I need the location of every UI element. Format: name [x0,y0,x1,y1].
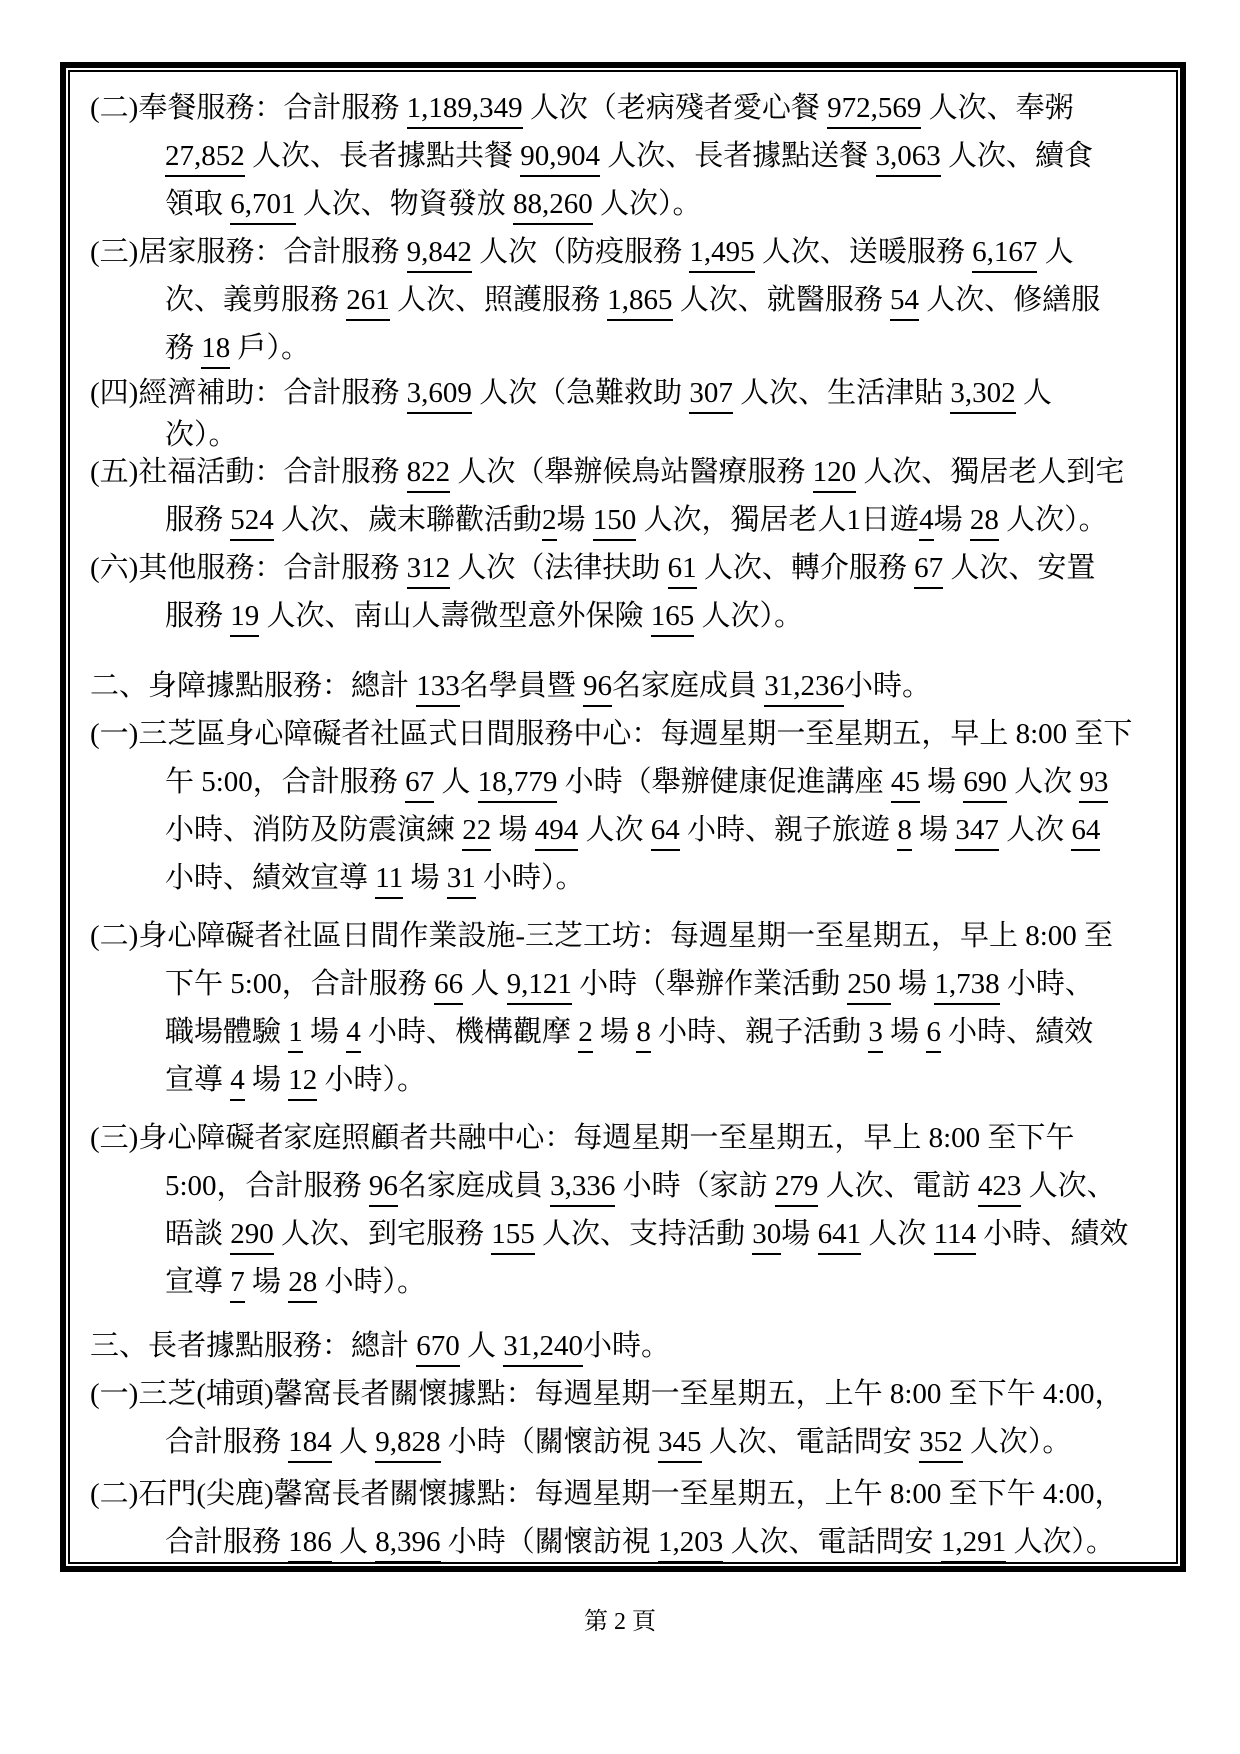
underlined-value: 11 [375,862,403,899]
text-segment: 小時）。 [317,1266,426,1298]
underlined-value: 2 [542,504,557,541]
text-segment: 領取 [165,188,230,220]
document-border-inner-line: (二)奉餐服務：合計服務 1,189,349 人次（老病殘者愛心餐 972,56… [68,70,1178,1564]
text-segment: 下午 5:00，合計服務 [165,968,434,1000]
text-segment: 名學員暨 [460,670,583,702]
underlined-value: 6,701 [230,188,295,225]
underlined-value: 64 [1071,814,1100,851]
underlined-value: 9,842 [407,236,472,273]
text-segment: 人次、 [1021,1170,1115,1202]
text-segment: 戶）。 [230,332,310,364]
text-segment: 名家庭成員 [398,1170,550,1202]
text-segment: 人 [463,968,507,1000]
underlined-value: 6 [926,1016,941,1053]
text-segment: 人次（防疫服務 [472,236,690,268]
text-segment: 場 [891,968,935,1000]
text-segment: 人次（急難救助 [472,377,690,409]
list-item-paragraph: (五)社福活動：合計服務 822 人次（舉辦候鳥站醫療服務 120 人次、獨居老… [70,448,1176,544]
underlined-value: 184 [288,1426,332,1463]
underlined-value: 155 [491,1218,535,1255]
list-item-paragraph: (一)三芝(埔頭)馨窩長者關懷據點：每週星期一至星期五，上午 8:00 至下午 … [70,1370,1176,1466]
section-heading: 三、長者據點服務：總計 670 人 31,240小時。 [70,1322,1176,1370]
list-item-paragraph: (三)居家服務：合計服務 9,842 人次（防疫服務 1,495 人次、送暖服務… [70,228,1176,372]
text-line: 小時、績效宣導 11 場 31 小時）。 [165,854,1176,902]
list-item-paragraph: (四)經濟補助：合計服務 3,609 人次（急難救助 307 人次、生活津貼 3… [70,372,1176,456]
text-segment: (四)經濟補助：合計服務 [90,377,407,409]
text-segment: 宣導 [165,1266,230,1298]
underlined-value: 423 [978,1170,1022,1207]
text-line: 三、長者據點服務：總計 670 人 31,240小時。 [90,1322,1176,1370]
text-segment: 場 [912,814,956,846]
underlined-value: 31 [447,862,476,899]
text-segment: 名家庭成員 [612,670,764,702]
text-line: 服務 524 人次、歲末聯歡活動2場 150 人次，獨居老人1日遊4場 28 人… [165,496,1176,544]
text-segment: 小時（關懷訪視 [441,1526,659,1558]
section-heading: 二、身障據點服務：總計 133名學員暨 96名家庭成員 31,236小時。 [70,662,1176,710]
text-segment: 人次、續食 [941,140,1093,172]
underlined-value: 312 [407,552,451,589]
underlined-value: 670 [416,1330,460,1367]
underlined-value: 28 [288,1266,317,1303]
text-segment: (二)石門(尖鹿)馨窩長者關懷據點：每週星期一至星期五，上午 8:00 至下午 … [90,1478,1124,1510]
text-segment: (六)其他服務：合計服務 [90,552,407,584]
list-item-paragraph: (二)奉餐服務：合計服務 1,189,349 人次（老病殘者愛心餐 972,56… [70,84,1176,228]
underlined-value: 1,189,349 [407,92,523,129]
text-segment: 小時、消防及防震演練 [165,814,462,846]
underlined-value: 1,291 [941,1526,1006,1562]
underlined-value: 31,240 [503,1330,583,1367]
text-segment: 場 [593,1016,637,1048]
text-segment: 場 [303,1016,347,1048]
underlined-value: 3,609 [407,377,472,414]
page-number: 第 2 頁 [0,1606,1240,1638]
underlined-value: 120 [813,456,857,493]
underlined-value: 8 [636,1016,651,1053]
text-segment: 次）。 [165,419,238,451]
text-segment: 人次）。 [1006,1526,1115,1558]
underlined-value: 27,852 [165,140,245,177]
underlined-value: 307 [689,377,733,414]
text-segment: 小時。 [844,670,931,702]
list-item-paragraph: (一)三芝區身心障礙者社區式日間服務中心：每週星期一至星期五，早上 8:00 至… [70,710,1176,902]
underlined-value: 347 [955,814,999,851]
underlined-value: 3 [868,1016,883,1053]
text-segment: 小時、機構觀摩 [361,1016,579,1048]
text-segment: 場 [245,1064,289,1096]
text-line: (二)身心障礙者社區日間作業設施-三芝工坊：每週星期一至星期五，早上 8:00 … [90,912,1176,960]
text-line: 小時、消防及防震演練 22 場 494 人次 64 小時、親子旅遊 8 場 34… [165,806,1176,854]
underlined-value: 6,167 [972,236,1037,273]
text-segment: 人次）。 [694,600,803,632]
text-line: 務 18 戶）。 [165,324,1176,372]
text-segment: 小時（舉辦作業活動 [572,968,848,1000]
underlined-value: 1,495 [689,236,754,273]
underlined-value: 18,779 [478,766,558,803]
underlined-value: 641 [818,1218,862,1255]
text-segment: 合計服務 [165,1526,288,1558]
underlined-value: 31,236 [764,670,844,707]
underlined-value: 90,904 [520,140,600,177]
text-segment: (二)奉餐服務：合計服務 [90,92,407,124]
text-line: 5:00，合計服務 96名家庭成員 3,336 小時（家訪 279 人次、電訪 … [165,1162,1176,1210]
underlined-value: 1,865 [607,284,672,321]
text-line: 午 5:00，合計服務 67 人 18,779 小時（舉辦健康促進講座 45 場… [165,758,1176,806]
text-segment: 次、義剪服務 [165,284,346,316]
underlined-value: 2 [578,1016,593,1053]
text-line: 下午 5:00，合計服務 66 人 9,121 小時（舉辦作業活動 250 場 … [165,960,1176,1008]
text-line: 27,852 人次、長者據點共餐 90,904 人次、長者據點送餐 3,063 … [165,132,1176,180]
text-line: 宣導 4 場 12 小時）。 [165,1056,1176,1104]
list-item-paragraph: (二)石門(尖鹿)馨窩長者關懷據點：每週星期一至星期五，上午 8:00 至下午 … [70,1470,1176,1562]
text-segment: 人次、照護服務 [390,284,608,316]
text-segment: 人次（舉辦候鳥站醫療服務 [450,456,813,488]
underlined-value: 261 [346,284,390,321]
underlined-value: 352 [919,1426,963,1463]
underlined-value: 494 [535,814,579,851]
text-segment: 人 [1016,377,1052,409]
underlined-value: 88,260 [513,188,593,225]
text-segment: 場 [883,1016,927,1048]
text-segment: 人次、安置 [943,552,1095,584]
text-line: (五)社福活動：合計服務 822 人次（舉辦候鳥站醫療服務 120 人次、獨居老… [90,448,1176,496]
underlined-value: 45 [891,766,920,803]
text-line: (二)石門(尖鹿)馨窩長者關懷據點：每週星期一至星期五，上午 8:00 至下午 … [90,1470,1176,1518]
text-segment: 合計服務 [165,1426,288,1458]
text-segment: 二、身障據點服務：總計 [90,670,416,702]
underlined-value: 3,302 [950,377,1015,414]
text-line: 服務 19 人次、南山人壽微型意外保險 165 人次）。 [165,592,1176,640]
underlined-value: 690 [963,766,1007,803]
text-segment: 人次）。 [999,504,1108,536]
text-line: 晤談 290 人次、到宅服務 155 人次、支持活動 30場 641 人次 11… [165,1210,1176,1258]
text-line: 二、身障據點服務：總計 133名學員暨 96名家庭成員 31,236小時。 [90,662,1176,710]
underlined-value: 19 [230,600,259,637]
text-segment: 人次、長者據點共餐 [245,140,521,172]
underlined-value: 250 [847,968,891,1005]
underlined-value: 9,121 [507,968,572,1005]
text-segment: 場 [920,766,964,798]
text-segment: 場 [934,504,970,536]
text-segment: 人次、電話問安 [702,1426,920,1458]
text-segment: 人次 [999,814,1072,846]
underlined-value: 150 [593,504,637,541]
text-line: 次、義剪服務 261 人次、照護服務 1,865 人次、就醫服務 54 人次、修… [165,276,1176,324]
underlined-value: 8,396 [375,1526,440,1562]
text-segment: 人次、物資發放 [296,188,514,220]
underlined-value: 1,738 [934,968,999,1005]
text-segment: 小時、 [1000,968,1094,1000]
text-segment: 人次、長者據點送餐 [600,140,876,172]
text-segment: 人 [332,1426,376,1458]
underlined-value: 114 [934,1218,976,1255]
underlined-value: 4 [346,1016,361,1053]
text-segment: 服務 [165,600,230,632]
underlined-value: 3,336 [550,1170,615,1207]
text-segment: 人次）。 [593,188,702,220]
underlined-value: 96 [369,1170,398,1207]
underlined-value: 61 [668,552,697,589]
text-line: (二)奉餐服務：合計服務 1,189,349 人次（老病殘者愛心餐 972,56… [90,84,1176,132]
underlined-value: 67 [405,766,434,803]
underlined-value: 8 [897,814,912,851]
text-segment: 5:00，合計服務 [165,1170,369,1202]
text-segment: 人 [434,766,478,798]
text-line: 合計服務 184 人 9,828 小時（關懷訪視 345 人次、電話問安 352… [165,1418,1176,1466]
underlined-value: 7 [230,1266,245,1303]
text-segment: 人次 [861,1218,934,1250]
text-line: (三)居家服務：合計服務 9,842 人次（防疫服務 1,495 人次、送暖服務… [90,228,1176,276]
list-item-paragraph: (三)身心障礙者家庭照顧者共融中心：每週星期一至星期五，早上 8:00 至下午5… [70,1114,1176,1306]
text-segment: 人 [332,1526,376,1558]
underlined-value: 4 [919,504,934,541]
text-segment: (三)居家服務：合計服務 [90,236,407,268]
underlined-value: 66 [434,968,463,1005]
underlined-value: 9,828 [375,1426,440,1463]
text-segment: (二)身心障礙者社區日間作業設施-三芝工坊：每週星期一至星期五，早上 8:00 … [90,920,1113,952]
document-body: (二)奉餐服務：合計服務 1,189,349 人次（老病殘者愛心餐 972,56… [70,72,1176,1562]
text-segment: 小時（家訪 [615,1170,775,1202]
text-segment: 午 5:00，合計服務 [165,766,405,798]
text-segment: 小時、親子旅遊 [680,814,898,846]
underlined-value: 54 [890,284,919,321]
text-line: 宣導 7 場 28 小時）。 [165,1258,1176,1306]
text-segment: 小時）。 [317,1064,426,1096]
text-segment: 人次 [1007,766,1080,798]
text-segment: 務 [165,332,201,364]
underlined-value: 524 [230,504,274,541]
text-line: 領取 6,701 人次、物資發放 88,260 人次）。 [165,180,1176,228]
text-segment: 場 [491,814,535,846]
text-segment: 人次（法律扶助 [450,552,668,584]
text-segment: 小時。 [583,1330,670,1362]
text-segment: 人次、獨居老人到宅 [856,456,1124,488]
text-segment: 人次 [578,814,651,846]
text-segment: 人次、電話問安 [723,1526,941,1558]
underlined-value: 67 [914,552,943,589]
underlined-value: 290 [230,1218,274,1255]
text-segment: 人次、生活津貼 [733,377,951,409]
text-segment: 人次、就醫服務 [673,284,891,316]
text-segment: 晤談 [165,1218,230,1250]
text-segment: (三)身心障礙者家庭照顧者共融中心：每週星期一至星期五，早上 8:00 至下午 [90,1122,1074,1154]
underlined-value: 1,203 [658,1526,723,1562]
text-line: (四)經濟補助：合計服務 3,609 人次（急難救助 307 人次、生活津貼 3… [90,372,1176,414]
page: { "page": { "footer": "第 2 頁" }, "docume… [0,0,1240,1754]
text-segment: 小時（舉辦健康促進講座 [557,766,891,798]
text-segment: 人次、歲末聯歡活動 [274,504,542,536]
text-line: 合計服務 186 人 8,396 小時（關懷訪視 1,203 人次、電話問安 1… [165,1518,1176,1562]
text-segment: 人次、支持活動 [535,1218,753,1250]
underlined-value: 186 [288,1526,332,1562]
text-segment: 人次、電訪 [818,1170,978,1202]
text-segment: 職場體驗 [165,1016,288,1048]
underlined-value: 972,569 [827,92,921,129]
text-line: (三)身心障礙者家庭照顧者共融中心：每週星期一至星期五，早上 8:00 至下午 [90,1114,1176,1162]
text-segment: 人次、南山人壽微型意外保險 [259,600,651,632]
text-segment: 人次）。 [963,1426,1072,1458]
underlined-value: 345 [658,1426,702,1463]
text-segment: 人次、轉介服務 [697,552,915,584]
list-item-paragraph: (二)身心障礙者社區日間作業設施-三芝工坊：每週星期一至星期五，早上 8:00 … [70,912,1176,1104]
text-segment: 小時、績效 [941,1016,1093,1048]
underlined-value: 64 [651,814,680,851]
text-segment: 場 [403,862,447,894]
text-line: (一)三芝(埔頭)馨窩長者關懷據點：每週星期一至星期五，上午 8:00 至下午 … [90,1370,1176,1418]
underlined-value: 30 [752,1218,781,1255]
text-segment: 小時、績效 [976,1218,1128,1250]
list-item-paragraph: (六)其他服務：合計服務 312 人次（法律扶助 61 人次、轉介服務 67 人… [70,544,1176,640]
underlined-value: 1 [288,1016,303,1053]
underlined-value: 22 [462,814,491,851]
underlined-value: 279 [775,1170,819,1207]
text-segment: 人次（老病殘者愛心餐 [523,92,828,124]
text-segment: 小時、親子活動 [651,1016,869,1048]
underlined-value: 28 [970,504,999,541]
underlined-value: 133 [416,670,460,707]
underlined-value: 4 [230,1064,245,1101]
underlined-value: 165 [651,600,695,637]
text-line: (一)三芝區身心障礙者社區式日間服務中心：每週星期一至星期五，早上 8:00 至… [90,710,1176,758]
text-segment: (一)三芝區身心障礙者社區式日間服務中心：每週星期一至星期五，早上 8:00 至… [90,718,1132,750]
underlined-value: 3,063 [876,140,941,177]
underlined-value: 12 [288,1064,317,1101]
text-segment: 宣導 [165,1064,230,1096]
text-segment: 場 [781,1218,817,1250]
text-segment: 場 [245,1266,289,1298]
document-border: (二)奉餐服務：合計服務 1,189,349 人次（老病殘者愛心餐 972,56… [60,62,1186,1572]
text-segment: 人 [1037,236,1073,268]
text-segment: 人次，獨居老人1日遊 [636,504,919,536]
text-segment: 人次、到宅服務 [274,1218,492,1250]
text-segment: (五)社福活動：合計服務 [90,456,407,488]
text-segment: 人次、修繕服 [919,284,1100,316]
text-line: 職場體驗 1 場 4 小時、機構觀摩 2 場 8 小時、親子活動 3 場 6 小… [165,1008,1176,1056]
text-line: (六)其他服務：合計服務 312 人次（法律扶助 61 人次、轉介服務 67 人… [90,544,1176,592]
text-segment: 小時、績效宣導 [165,862,375,894]
text-segment: 人 [460,1330,504,1362]
text-segment: 小時）。 [476,862,585,894]
text-segment: 三、長者據點服務：總計 [90,1330,416,1362]
underlined-value: 822 [407,456,451,493]
underlined-value: 96 [583,670,612,707]
underlined-value: 93 [1079,766,1108,803]
text-segment: 場 [557,504,593,536]
text-segment: 人次、送暖服務 [755,236,973,268]
underlined-value: 18 [201,332,230,369]
text-segment: (一)三芝(埔頭)馨窩長者關懷據點：每週星期一至星期五，上午 8:00 至下午 … [90,1378,1124,1410]
text-segment: 人次、奉粥 [921,92,1073,124]
text-segment: 服務 [165,504,230,536]
text-segment: 小時（關懷訪視 [441,1426,659,1458]
